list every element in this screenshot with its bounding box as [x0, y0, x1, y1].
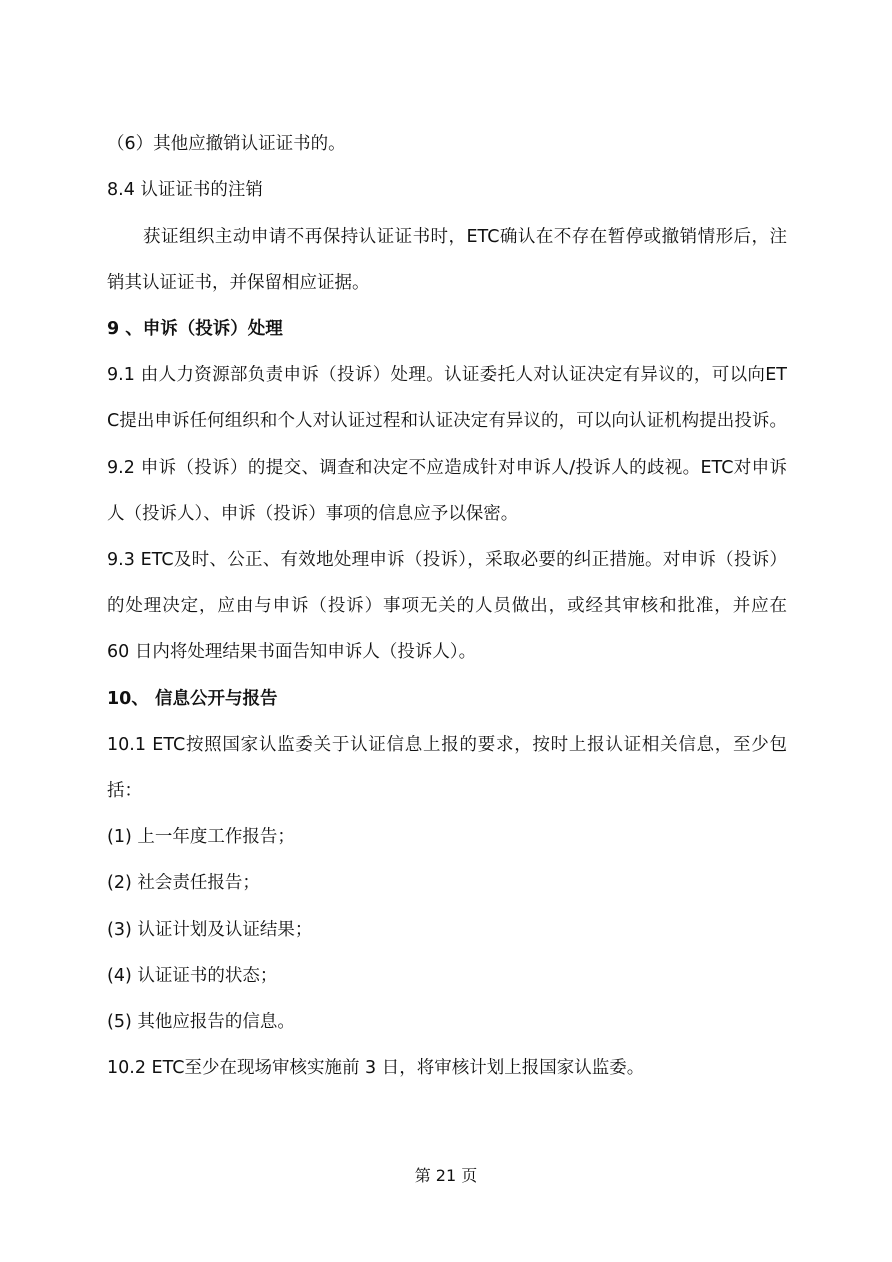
text-line: (1) 上一年度工作报告； [107, 825, 295, 849]
text-line: 10.1 ETC按照国家认监委关于认证信息上报的要求，按时上报认证相关信息，至少… [107, 733, 787, 757]
page-number: 第 21 页 [0, 1164, 892, 1188]
text-line: 10.2 ETC至少在现场审核实施前 3 日，将审核计划上报国家认监委。 [107, 1056, 644, 1080]
text-line: (5) 其他应报告的信息。 [107, 1010, 295, 1034]
text-line: 括： [107, 779, 142, 803]
text-line: 9.3 ETC及时、公正、有效地处理申诉（投诉），采取必要的纠正措施。对申诉（投… [107, 548, 787, 572]
text-line: (3) 认证计划及认证结果； [107, 918, 312, 942]
text-line: 9.2 申诉（投诉）的提交、调查和决定不应造成针对申诉人/投诉人的歧视。ETC对… [107, 456, 787, 480]
text-line: 8.4 认证证书的注销 [107, 178, 263, 202]
text-line: 的处理决定，应由与申诉（投诉）事项无关的人员做出，或经其审核和批准，并应在 [107, 594, 787, 618]
text-line: 销其认证证书，并保留相应证据。 [107, 271, 370, 295]
section-heading: 10、 信息公开与报告 [107, 687, 277, 711]
text-line: （6）其他应撤销认证证书的。 [107, 132, 346, 156]
text-line: (2) 社会责任报告； [107, 871, 260, 895]
text-line: 获证组织主动申请不再保持认证证书时，ETC确认在不存在暂停或撤销情形后，注 [143, 225, 787, 249]
text-line: (4) 认证证书的状态； [107, 964, 277, 988]
text-line: 60 日内将处理结果书面告知申诉人（投诉人）。 [107, 640, 476, 664]
section-heading: 9 、申诉（投诉）处理 [107, 317, 283, 341]
text-line: 人（投诉人）、申诉（投诉）事项的信息应予以保密。 [107, 502, 518, 526]
text-line: 9.1 由人力资源部负责申诉（投诉）处理。认证委托人对认证决定有异议的，可以向E… [107, 363, 787, 387]
text-line: C提出申诉任何组织和个人对认证过程和认证决定有异议的，可以向认证机构提出投诉。 [107, 409, 787, 433]
